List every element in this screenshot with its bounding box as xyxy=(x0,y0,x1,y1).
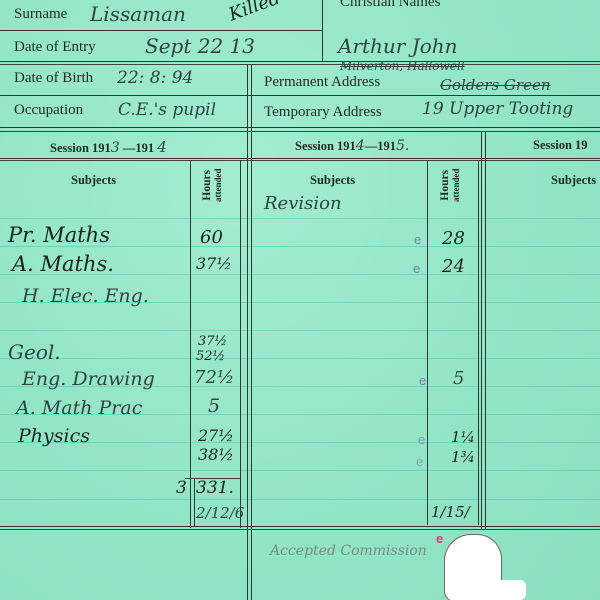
christian-names-label: Christian Names xyxy=(340,0,440,11)
session-2-subjects-header: Subjects xyxy=(310,173,355,188)
permanent-address-struck: Milverton, Hallowell xyxy=(340,59,465,73)
hours-entry: 38½ xyxy=(198,445,234,464)
divider xyxy=(0,127,600,128)
subject-entry: H. Elec. Eng. xyxy=(22,285,149,307)
entry-mark: e xyxy=(413,261,420,276)
punched-hole xyxy=(460,580,526,600)
total-rule xyxy=(194,478,195,526)
divider xyxy=(0,95,600,96)
date-of-birth-label: Date of Birth xyxy=(14,70,93,87)
hours-entry: 37½ xyxy=(198,334,227,349)
hours-entry: 1¾ xyxy=(451,448,475,466)
hours-entry: 52½ xyxy=(196,349,225,364)
hours-entry: 27½ xyxy=(198,426,234,445)
registration-card: Surname Lissaman Killed Christian Names … xyxy=(0,0,600,600)
divider xyxy=(0,64,600,65)
date-of-entry-value: Sept 22 13 xyxy=(145,34,255,58)
divider xyxy=(0,30,322,31)
subject-entry: Pr. Maths xyxy=(8,223,110,247)
christian-names-value: Arthur John xyxy=(338,34,458,58)
subject-entry: A. Maths. xyxy=(12,252,114,276)
entry-mark: e xyxy=(419,373,426,388)
divider xyxy=(481,131,482,529)
hours-entry: 72½ xyxy=(194,367,234,388)
hours-entry: 5 xyxy=(208,395,220,417)
hours-entry: 28 xyxy=(442,228,465,249)
footer-note: Accepted Commission xyxy=(270,543,427,559)
ruled-line xyxy=(0,470,600,471)
divider xyxy=(0,160,600,161)
total-hours: 331. xyxy=(196,478,234,498)
ruled-line xyxy=(0,358,600,359)
surname-value: Lissaman xyxy=(90,2,186,26)
divider xyxy=(190,160,191,528)
temporary-address-label: Temporary Address xyxy=(264,104,382,121)
divider xyxy=(478,160,479,525)
permanent-address-struck: Golders Green xyxy=(440,76,551,94)
permanent-address-label: Permanent Address xyxy=(264,74,380,91)
subject-note: Revision xyxy=(264,193,342,214)
divider xyxy=(247,64,248,600)
session-1-fee: 2/12/6 xyxy=(196,504,244,522)
subject-entry: Geol. xyxy=(8,340,61,364)
hours-entry: 5 xyxy=(453,368,464,389)
divider xyxy=(485,131,486,529)
date-of-entry-label: Date of Entry xyxy=(14,39,96,56)
red-mark: e xyxy=(436,531,443,546)
ruled-line xyxy=(0,499,600,500)
total-prefix: 3 xyxy=(176,478,187,498)
ruled-line xyxy=(0,442,600,443)
divider xyxy=(322,0,323,61)
ruled-line xyxy=(0,330,600,331)
divider xyxy=(427,160,428,525)
occupation-label: Occupation xyxy=(14,102,83,119)
divider xyxy=(0,529,600,530)
ruled-line xyxy=(0,218,600,219)
subject-entry: Physics xyxy=(18,425,90,447)
session-3-subjects-header: Subjects xyxy=(551,173,596,188)
divider xyxy=(240,160,241,528)
entry-mark: e xyxy=(418,432,425,447)
surname-annotation: Killed xyxy=(226,0,283,25)
divider xyxy=(0,526,600,527)
hours-entry: 24 xyxy=(442,256,465,277)
session-2-title: Session 1914—1915. xyxy=(295,138,409,154)
hours-entry: 37½ xyxy=(196,254,232,273)
session-3-title: Session 19 xyxy=(533,138,588,153)
surname-label: Surname xyxy=(14,6,67,23)
subject-entry: A. Math Prac xyxy=(16,397,142,419)
date-of-birth-value: 22: 8: 94 xyxy=(117,68,193,88)
temporary-address-value: 19 Upper Tooting xyxy=(422,99,573,119)
session-1-hours-header: Hours attended xyxy=(202,157,223,213)
session-2-hours-header: Hours attended xyxy=(440,157,461,213)
entry-mark: e xyxy=(416,454,423,469)
divider xyxy=(251,64,252,600)
hours-entry: 1¼ xyxy=(451,428,475,446)
entry-mark: e xyxy=(414,232,421,247)
session-1-title: Session 1913 —191 4 xyxy=(50,138,167,156)
session-1-subjects-header: Subjects xyxy=(71,173,116,188)
session-2-fee: 1/15/ xyxy=(431,503,470,521)
hours-entry: 60 xyxy=(200,227,223,248)
divider xyxy=(0,158,600,159)
divider xyxy=(0,131,600,132)
occupation-value: C.E.'s pupil xyxy=(118,100,216,120)
divider xyxy=(0,61,600,62)
subject-entry: Eng. Drawing xyxy=(22,368,155,390)
